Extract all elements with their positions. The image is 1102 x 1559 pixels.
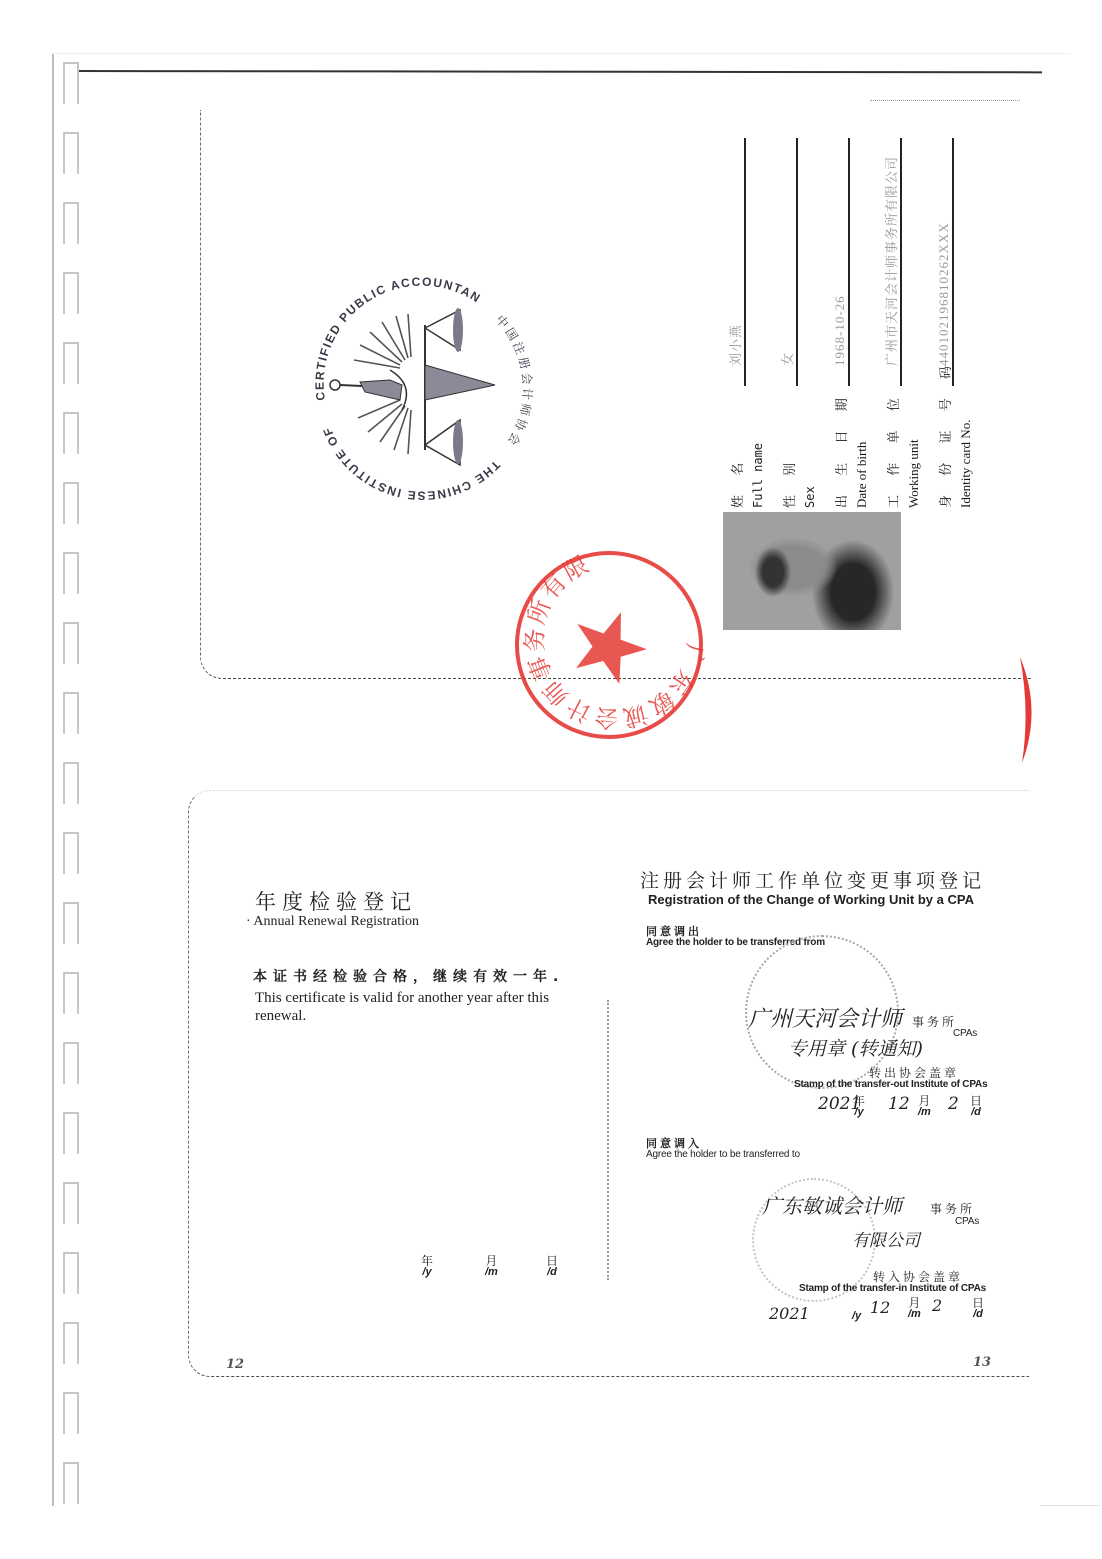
- transfer-out-month-label: 月/m: [918, 1096, 931, 1118]
- annual-renewal-title-cn: 年度检验登记: [255, 886, 417, 916]
- date-day-label: 日/d: [546, 1256, 558, 1278]
- binding-hole-icon: [63, 1182, 79, 1224]
- field-label-cn: 身 份 证 号 码: [938, 386, 954, 508]
- annual-renewal-title-en: · Annual Renewal Registration: [246, 914, 419, 930]
- faint-header-marks: [870, 100, 1020, 102]
- transfer-out-day-label: 日/d: [970, 1096, 982, 1118]
- transfer-out-month-handwritten: 12: [888, 1094, 910, 1114]
- transfer-in-firm-suffix-en: CPAs: [955, 1216, 979, 1227]
- field-sex-en: Sex: [798, 138, 818, 508]
- month-en: /m: [485, 1267, 498, 1278]
- binding-hole-icon: [63, 1042, 79, 1084]
- month-en: /m: [918, 1107, 931, 1118]
- transfer-in-day-handwritten: 2: [932, 1296, 942, 1315]
- day-en: /d: [546, 1267, 558, 1278]
- binding-hole-icon: [63, 482, 79, 524]
- binding-hole-icon: [63, 412, 79, 454]
- field-label-en: Sex: [802, 386, 818, 508]
- transfer-in-year-label: /y: [852, 1311, 861, 1322]
- field-full-name: 姓 名 刘小燕: [714, 138, 746, 508]
- binding-hole-icon: [63, 1322, 79, 1364]
- transfer-out-firm-suffix-cn: 事务所: [912, 1013, 957, 1030]
- transfer-in-handwritten-firm: 广东敏诚会计师: [762, 1190, 902, 1219]
- page-number-12: 12: [226, 1357, 244, 1372]
- svg-text:THE CHINESE INSTITUTE OF: THE CHINESE INSTITUTE OF: [320, 425, 503, 503]
- transfer-in-year-handwritten: 2021: [769, 1304, 810, 1323]
- page-number-13: 13: [973, 1355, 991, 1370]
- transfer-in-month-handwritten: 12: [870, 1298, 890, 1317]
- binding-hole-icon: [63, 62, 79, 104]
- year-en: /y: [421, 1267, 433, 1278]
- transfer-in-month-label: 月/m: [908, 1298, 921, 1320]
- binding-hole-icon: [63, 342, 79, 384]
- field-label-cn: 出 生 日 期: [834, 386, 850, 508]
- binding-hole-icon: [63, 272, 79, 314]
- binding-hole-icon: [63, 1112, 79, 1154]
- binding-hole-icon: [63, 832, 79, 874]
- field-identity-card-en: Identity card No.: [954, 138, 974, 508]
- field-value: 广州市天河会计师事务所有限公司: [881, 138, 902, 386]
- company-red-seal-icon: 广东敏诚会计师事务所有限公司: [512, 548, 706, 742]
- cicpa-logo-icon: CERTIFIED PUBLIC ACCOUNTANTS THE CHINESE…: [290, 250, 550, 510]
- transfer-in-day-label: 日/d: [972, 1298, 984, 1320]
- field-identity-card: 身 份 证 号 码 440102196810262XXX: [922, 138, 954, 508]
- change-unit-title-en: Registration of the Change of Working Un…: [648, 892, 974, 907]
- binding-hole-icon: [63, 762, 79, 804]
- day-en: /d: [972, 1309, 984, 1320]
- field-working-unit: 工 作 单 位 广州市天河会计师事务所有限公司: [870, 138, 902, 508]
- red-seal-edge-icon: [1018, 655, 1038, 765]
- field-sex: 性 别 女: [766, 138, 798, 508]
- year-en: /y: [852, 1311, 861, 1322]
- binding-hole-icon: [63, 972, 79, 1014]
- year-en: /y: [853, 1107, 865, 1118]
- annual-renewal-title-en-text: Annual Renewal Registration: [253, 914, 419, 929]
- binding-hole-icon: [63, 552, 79, 594]
- date-month-label: 月/m: [485, 1256, 498, 1278]
- transfer-out-year-label: 年/y: [853, 1096, 865, 1118]
- transfer-out-handwritten-note: 专用章 (转通知): [788, 1034, 923, 1061]
- field-label-cn: 性 别: [782, 386, 798, 508]
- field-date-of-birth-en: Date of birth: [850, 138, 870, 508]
- binding-hole-icon: [63, 1252, 79, 1294]
- transfer-in-handwritten-firm-suffix: 有限公司: [852, 1226, 920, 1251]
- binding-hole-icon: [63, 902, 79, 944]
- renewal-statement-en: This certificate is valid for another ye…: [255, 989, 575, 1025]
- field-label-cn: 工 作 单 位: [886, 386, 902, 508]
- transfer-in-stamp-label-en: Stamp of the transfer-in Institute of CP…: [799, 1283, 986, 1294]
- field-label-en: Identity card No.: [958, 386, 974, 508]
- binding-hole-icon: [63, 622, 79, 664]
- field-label-cn: 姓 名: [730, 386, 746, 508]
- month-en: /m: [908, 1309, 921, 1320]
- holder-id-table: 姓 名 刘小燕 Full name 性 别 女 Sex 出 生 日 期 1968…: [714, 138, 910, 508]
- page-edge: [1040, 1505, 1100, 1506]
- field-label-en: Full name: [750, 386, 766, 508]
- transfer-in-firm-suffix-cn: 事务所: [930, 1200, 975, 1217]
- field-value: 1968-10-26: [832, 138, 850, 386]
- transfer-out-firm-suffix-en: CPAs: [953, 1028, 977, 1039]
- field-value: 女: [777, 138, 798, 386]
- transfer-out-stamp-label-en: Stamp of the transfer-out Institute of C…: [794, 1079, 987, 1090]
- field-label-en: Working unit: [906, 386, 922, 508]
- renewal-statement-cn: 本证书经检验合格，继续有效一年.: [253, 966, 564, 986]
- field-full-name-en: Full name: [746, 138, 766, 508]
- field-value: 440102196810262XXX: [936, 138, 954, 386]
- page-fold-divider: [607, 1000, 611, 1280]
- binding-hole-icon: [63, 1392, 79, 1434]
- binding-hole-icon: [63, 132, 79, 174]
- binding-hole-icon: [63, 1462, 79, 1504]
- transfer-out-day-handwritten: 2: [948, 1094, 959, 1114]
- day-en: /d: [970, 1107, 982, 1118]
- field-working-unit-en: Working unit: [902, 138, 922, 508]
- holder-photo: [723, 512, 901, 630]
- field-label-en: Date of birth: [854, 386, 870, 508]
- binding-hole-icon: [63, 692, 79, 734]
- date-year-label: 年/y: [421, 1256, 433, 1278]
- svg-text:中国注册会计师协会: 中国注册会计师协会: [493, 312, 536, 450]
- binding-hole-icon: [63, 202, 79, 244]
- change-unit-title-cn: 注册会计师工作单位变更事项登记: [640, 866, 985, 893]
- transfer-in-label-en: Agree the holder to be transferred to: [646, 1149, 800, 1160]
- transfer-out-handwritten-firm: 广州天河会计师: [748, 1002, 902, 1033]
- field-value: 刘小燕: [725, 138, 746, 386]
- field-date-of-birth: 出 生 日 期 1968-10-26: [818, 138, 850, 508]
